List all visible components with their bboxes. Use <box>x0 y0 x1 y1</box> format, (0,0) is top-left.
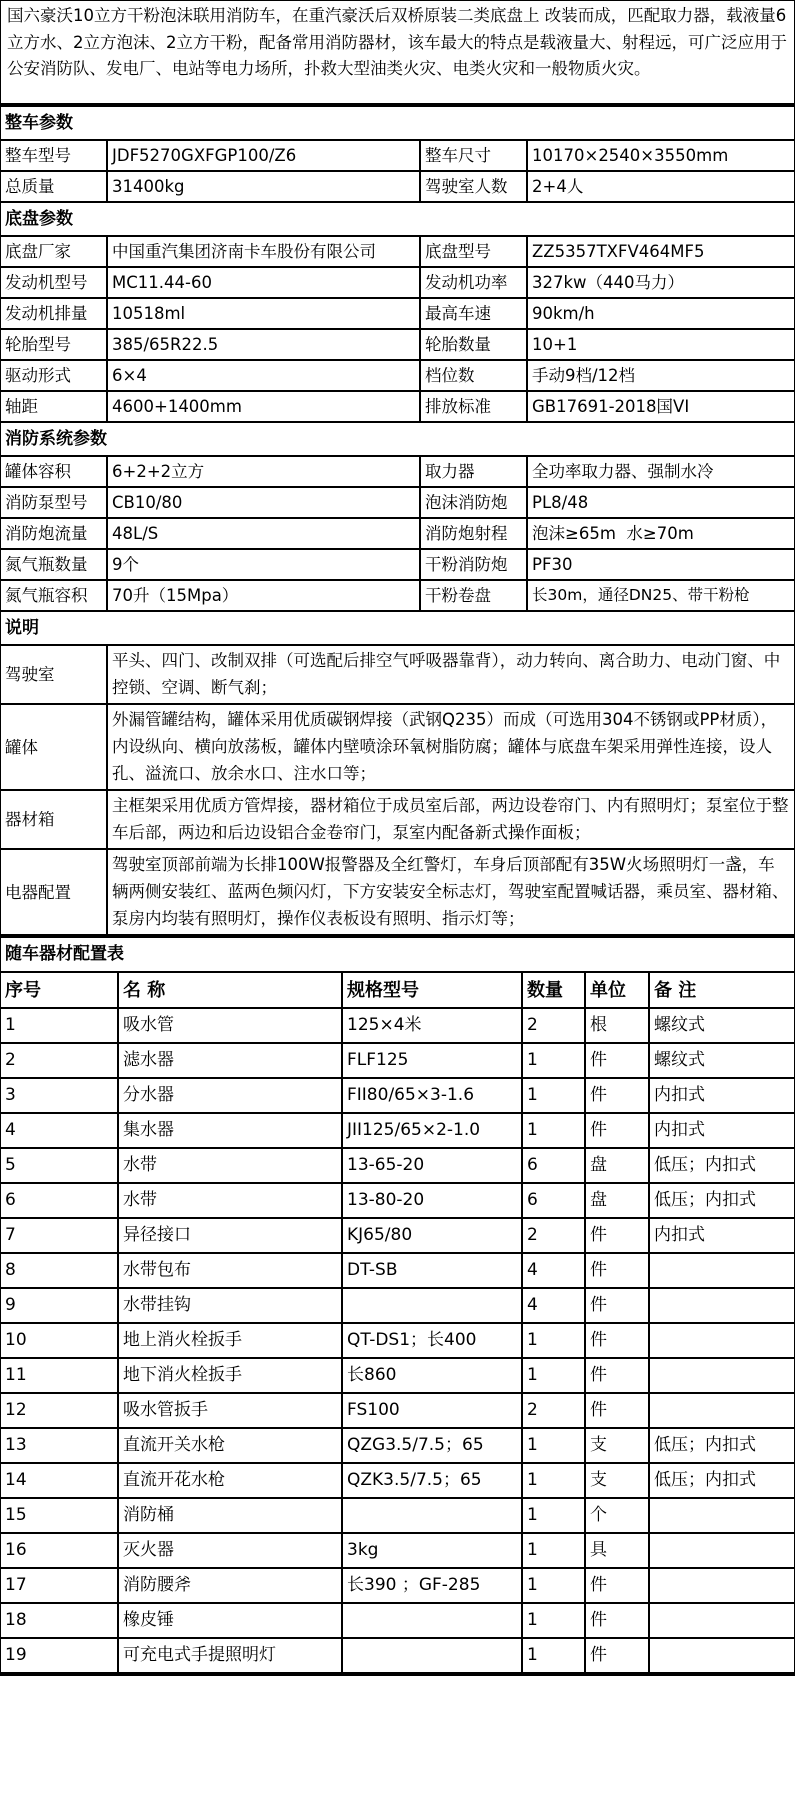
item-name: 消防腰斧 <box>118 1568 342 1603</box>
spec-value: 6×4 <box>107 360 420 391</box>
description-row: 驾驶室 平头、四门、改制双排（可选配后排空气呼吸器靠背），动力转向、离合助力、电… <box>1 645 794 704</box>
spec-key: 罐体容积 <box>1 456 107 487</box>
description-label: 驾驶室 <box>1 645 107 704</box>
table-row: 12吸水管扳手FS1002件 <box>1 1393 794 1428</box>
table-row: 5水带13-65-206盘低压；内扣式 <box>1 1148 794 1183</box>
item-no: 15 <box>1 1498 118 1533</box>
description-text: 平头、四门、改制双排（可选配后排空气呼吸器靠背），动力转向、离合助力、电动门窗、… <box>107 645 794 704</box>
item-qty: 1 <box>522 1463 585 1498</box>
item-unit: 件 <box>585 1358 649 1393</box>
table-row: 7异径接口KJ65/802件内扣式 <box>1 1218 794 1253</box>
table-row: 17消防腰斧长390 ；GF-2851件 <box>1 1568 794 1603</box>
description-row: 罐体 外漏管罐结构，罐体采用优质碳钢焊接（武钢Q235）而成（可选用304不锈钢… <box>1 704 794 790</box>
spec-key: 消防泵型号 <box>1 487 107 518</box>
item-name: 水带 <box>118 1183 342 1218</box>
item-unit: 具 <box>585 1533 649 1568</box>
item-unit: 件 <box>585 1603 649 1638</box>
item-no: 14 <box>1 1463 118 1498</box>
item-no: 16 <box>1 1533 118 1568</box>
item-spec: 长860 <box>342 1358 522 1393</box>
item-unit: 件 <box>585 1393 649 1428</box>
table-row: 3分水器FII80/65×3-1.61件内扣式 <box>1 1078 794 1113</box>
item-note: 低压；内扣式 <box>649 1183 794 1218</box>
item-name: 可充电式手提照明灯 <box>118 1638 342 1673</box>
table-row: 10地上消火栓扳手QT-DS1；长4001件 <box>1 1323 794 1358</box>
item-no: 11 <box>1 1358 118 1393</box>
spec-value: 70升（15Mpa） <box>107 580 420 611</box>
item-qty: 4 <box>522 1253 585 1288</box>
item-name: 异径接口 <box>118 1218 342 1253</box>
table-row: 2滤水器FLF1251件螺纹式 <box>1 1043 794 1078</box>
item-spec: 125×4米 <box>342 1008 522 1043</box>
spec-document: 国六豪沃10立方干粉泡沫联用消防车，在重汽豪沃后双桥原装二类底盘上 改装而成，匹… <box>0 0 795 1676</box>
item-spec: DT-SB <box>342 1253 522 1288</box>
spec-row: 整车型号 JDF5270GXFGP100/Z6 整车尺寸 10170×2540×… <box>1 140 794 171</box>
spec-value: PL8/48 <box>527 487 794 518</box>
item-spec <box>342 1498 522 1533</box>
item-note: 低压；内扣式 <box>649 1463 794 1498</box>
spec-row: 底盘厂家 中国重汽集团济南卡车股份有限公司 底盘型号 ZZ5357TXFV464… <box>1 236 794 267</box>
item-name: 滤水器 <box>118 1043 342 1078</box>
item-name: 吸水管扳手 <box>118 1393 342 1428</box>
spec-value: PF30 <box>527 549 794 580</box>
spec-value: MC11.44-60 <box>107 267 420 298</box>
spec-key: 整车尺寸 <box>420 140 527 171</box>
description-label: 罐体 <box>1 704 107 790</box>
spec-key: 轮胎数量 <box>420 329 527 360</box>
spec-key: 发动机功率 <box>420 267 527 298</box>
item-unit: 件 <box>585 1638 649 1673</box>
section-title-description: 说明 <box>1 611 794 645</box>
item-unit: 支 <box>585 1463 649 1498</box>
item-no: 9 <box>1 1288 118 1323</box>
item-spec: FII80/65×3-1.6 <box>342 1078 522 1113</box>
spec-key: 档位数 <box>420 360 527 391</box>
section-title-chassis: 底盘参数 <box>1 202 794 236</box>
spec-row: 氮气瓶容积 70升（15Mpa） 干粉卷盘 长30m，通径DN25、带干粉枪 <box>1 580 794 611</box>
item-unit: 件 <box>585 1253 649 1288</box>
item-name: 灭火器 <box>118 1533 342 1568</box>
spec-row: 轴距 4600+1400mm 排放标准 GB17691-2018国VI <box>1 391 794 422</box>
item-spec: QT-DS1；长400 <box>342 1323 522 1358</box>
spec-key: 排放标准 <box>420 391 527 422</box>
spec-key: 轮胎型号 <box>1 329 107 360</box>
item-no: 17 <box>1 1568 118 1603</box>
item-qty: 1 <box>522 1638 585 1673</box>
item-spec: KJ65/80 <box>342 1218 522 1253</box>
table-row: 6水带13-80-206盘低压；内扣式 <box>1 1183 794 1218</box>
spec-key: 氮气瓶容积 <box>1 580 107 611</box>
item-qty: 1 <box>522 1043 585 1078</box>
spec-value: 中国重汽集团济南卡车股份有限公司 <box>107 236 420 267</box>
spec-row: 发动机型号 MC11.44-60 发动机功率 327kw（440马力） <box>1 267 794 298</box>
item-name: 水带包布 <box>118 1253 342 1288</box>
item-name: 直流开花水枪 <box>118 1463 342 1498</box>
spec-value: 全功率取力器、强制水冷 <box>527 456 794 487</box>
description-row: 器材箱 主框架采用优质方管焊接，器材箱位于成员室后部，两边设卷帘门、内有照明灯；… <box>1 790 794 849</box>
spec-key: 干粉消防炮 <box>420 549 527 580</box>
item-note: 内扣式 <box>649 1218 794 1253</box>
spec-value: 90km/h <box>527 298 794 329</box>
vehicle-params-table: 整车参数 整车型号 JDF5270GXFGP100/Z6 整车尺寸 10170×… <box>1 105 794 936</box>
item-qty: 6 <box>522 1183 585 1218</box>
item-no: 6 <box>1 1183 118 1218</box>
item-note <box>649 1498 794 1533</box>
item-no: 19 <box>1 1638 118 1673</box>
item-no: 1 <box>1 1008 118 1043</box>
item-qty: 1 <box>522 1498 585 1533</box>
table-row: 9水带挂钩4件 <box>1 1288 794 1323</box>
description-label: 电器配置 <box>1 849 107 935</box>
table-row: 1吸水管125×4米2根螺纹式 <box>1 1008 794 1043</box>
item-qty: 1 <box>522 1533 585 1568</box>
item-no: 4 <box>1 1113 118 1148</box>
spec-key: 发动机排量 <box>1 298 107 329</box>
equipment-table: 随车器材配置表 序号 名 称 规格型号 数量 单位 备 注 1吸水管125×4米… <box>1 936 794 1674</box>
spec-key: 取力器 <box>420 456 527 487</box>
item-name: 水带 <box>118 1148 342 1183</box>
spec-key: 氮气瓶数量 <box>1 549 107 580</box>
spec-value: 385/65R22.5 <box>107 329 420 360</box>
item-unit: 盘 <box>585 1148 649 1183</box>
spec-key: 消防炮射程 <box>420 518 527 549</box>
spec-key: 轴距 <box>1 391 107 422</box>
spec-key: 发动机型号 <box>1 267 107 298</box>
item-qty: 4 <box>522 1288 585 1323</box>
item-no: 8 <box>1 1253 118 1288</box>
description-text: 主框架采用优质方管焊接，器材箱位于成员室后部，两边设卷帘门、内有照明灯；泵室位于… <box>107 790 794 849</box>
item-name: 分水器 <box>118 1078 342 1113</box>
item-note <box>649 1288 794 1323</box>
item-spec: 13-80-20 <box>342 1183 522 1218</box>
item-note: 内扣式 <box>649 1078 794 1113</box>
item-note: 螺纹式 <box>649 1043 794 1078</box>
spec-row: 罐体容积 6+2+2立方 取力器 全功率取力器、强制水冷 <box>1 456 794 487</box>
item-qty: 1 <box>522 1078 585 1113</box>
item-spec: FLF125 <box>342 1043 522 1078</box>
item-qty: 6 <box>522 1148 585 1183</box>
item-spec <box>342 1603 522 1638</box>
item-spec: JII125/65×2-1.0 <box>342 1113 522 1148</box>
item-qty: 1 <box>522 1428 585 1463</box>
spec-value: ZZ5357TXFV464MF5 <box>527 236 794 267</box>
item-no: 2 <box>1 1043 118 1078</box>
spec-value: 手动9档/12档 <box>527 360 794 391</box>
table-row: 18橡皮锤1件 <box>1 1603 794 1638</box>
item-unit: 件 <box>585 1043 649 1078</box>
item-unit: 件 <box>585 1113 649 1148</box>
item-no: 5 <box>1 1148 118 1183</box>
item-note <box>649 1393 794 1428</box>
item-note <box>649 1358 794 1393</box>
spec-key: 底盘厂家 <box>1 236 107 267</box>
item-spec: 13-65-20 <box>342 1148 522 1183</box>
item-no: 12 <box>1 1393 118 1428</box>
description-text: 驾驶室顶部前端为长排100W报警器及全红警灯，车身后顶部配有35W火场照明灯一盏… <box>107 849 794 935</box>
spec-row: 发动机排量 10518ml 最高车速 90km/h <box>1 298 794 329</box>
item-qty: 1 <box>522 1323 585 1358</box>
item-unit: 个 <box>585 1498 649 1533</box>
spec-value: 4600+1400mm <box>107 391 420 422</box>
column-header-spec: 规格型号 <box>342 972 522 1008</box>
item-note: 螺纹式 <box>649 1008 794 1043</box>
item-note <box>649 1568 794 1603</box>
spec-value: 9个 <box>107 549 420 580</box>
spec-value: 长30m，通径DN25、带干粉枪 <box>527 580 794 611</box>
spec-key: 驱动形式 <box>1 360 107 391</box>
spec-value: JDF5270GXFGP100/Z6 <box>107 140 420 171</box>
spec-value: 泡沫≥65m 水≥70m <box>527 518 794 549</box>
item-unit: 件 <box>585 1078 649 1113</box>
spec-row: 氮气瓶数量 9个 干粉消防炮 PF30 <box>1 549 794 580</box>
item-qty: 1 <box>522 1568 585 1603</box>
column-header-name: 名 称 <box>118 972 342 1008</box>
spec-value: 31400kg <box>107 171 420 202</box>
spec-row: 消防炮流量 48L/S 消防炮射程 泡沫≥65m 水≥70m <box>1 518 794 549</box>
equipment-header-row: 序号 名 称 规格型号 数量 单位 备 注 <box>1 972 794 1008</box>
item-unit: 件 <box>585 1323 649 1358</box>
column-header-unit: 单位 <box>585 972 649 1008</box>
spec-value: 327kw（440马力） <box>527 267 794 298</box>
spec-value: 10+1 <box>527 329 794 360</box>
spec-value: 10518ml <box>107 298 420 329</box>
description-row: 电器配置 驾驶室顶部前端为长排100W报警器及全红警灯，车身后顶部配有35W火场… <box>1 849 794 935</box>
item-qty: 1 <box>522 1603 585 1638</box>
item-no: 13 <box>1 1428 118 1463</box>
section-title-vehicle: 整车参数 <box>1 106 794 140</box>
item-name: 水带挂钩 <box>118 1288 342 1323</box>
item-note <box>649 1603 794 1638</box>
section-title-fire-system: 消防系统参数 <box>1 422 794 456</box>
item-unit: 支 <box>585 1428 649 1463</box>
item-spec: QZK3.5/7.5；65 <box>342 1463 522 1498</box>
table-row: 16灭火器3kg1具 <box>1 1533 794 1568</box>
table-row: 4集水器JII125/65×2-1.01件内扣式 <box>1 1113 794 1148</box>
table-row: 19可充电式手提照明灯1件 <box>1 1638 794 1673</box>
table-row: 13直流开关水枪QZG3.5/7.5；651支低压；内扣式 <box>1 1428 794 1463</box>
spec-row: 轮胎型号 385/65R22.5 轮胎数量 10+1 <box>1 329 794 360</box>
section-title-equipment: 随车器材配置表 <box>1 937 794 972</box>
table-row: 8水带包布DT-SB4件 <box>1 1253 794 1288</box>
table-row: 11地下消火栓扳手长8601件 <box>1 1358 794 1393</box>
spec-key: 驾驶室人数 <box>420 171 527 202</box>
table-row: 15消防桶1个 <box>1 1498 794 1533</box>
description-text: 外漏管罐结构，罐体采用优质碳钢焊接（武钢Q235）而成（可选用304不锈钢或PP… <box>107 704 794 790</box>
description-label: 器材箱 <box>1 790 107 849</box>
spec-value: 6+2+2立方 <box>107 456 420 487</box>
item-no: 18 <box>1 1603 118 1638</box>
item-note <box>649 1533 794 1568</box>
column-header-qty: 数量 <box>522 972 585 1008</box>
column-header-no: 序号 <box>1 972 118 1008</box>
spec-key: 整车型号 <box>1 140 107 171</box>
item-name: 直流开关水枪 <box>118 1428 342 1463</box>
intro-paragraph: 国六豪沃10立方干粉泡沫联用消防车，在重汽豪沃后双桥原装二类底盘上 改装而成，匹… <box>1 1 794 105</box>
spec-value: GB17691-2018国VI <box>527 391 794 422</box>
item-no: 3 <box>1 1078 118 1113</box>
item-spec: 3kg <box>342 1533 522 1568</box>
spec-value: 48L/S <box>107 518 420 549</box>
item-spec <box>342 1638 522 1673</box>
table-row: 14直流开花水枪QZK3.5/7.5；651支低压；内扣式 <box>1 1463 794 1498</box>
spec-value: 2+4人 <box>527 171 794 202</box>
spec-key: 泡沫消防炮 <box>420 487 527 518</box>
item-no: 10 <box>1 1323 118 1358</box>
spec-key: 消防炮流量 <box>1 518 107 549</box>
item-note <box>649 1323 794 1358</box>
item-spec: FS100 <box>342 1393 522 1428</box>
item-unit: 件 <box>585 1218 649 1253</box>
item-qty: 2 <box>522 1218 585 1253</box>
item-qty: 2 <box>522 1008 585 1043</box>
item-name: 地上消火栓扳手 <box>118 1323 342 1358</box>
item-note <box>649 1638 794 1673</box>
spec-row: 驱动形式 6×4 档位数 手动9档/12档 <box>1 360 794 391</box>
item-unit: 件 <box>585 1568 649 1603</box>
item-unit: 件 <box>585 1288 649 1323</box>
spec-row: 消防泵型号 CB10/80 泡沫消防炮 PL8/48 <box>1 487 794 518</box>
item-name: 橡皮锤 <box>118 1603 342 1638</box>
equipment-rows: 1吸水管125×4米2根螺纹式2滤水器FLF1251件螺纹式3分水器FII80/… <box>1 1008 794 1673</box>
item-name: 地下消火栓扳手 <box>118 1358 342 1393</box>
item-qty: 2 <box>522 1393 585 1428</box>
spec-key: 总质量 <box>1 171 107 202</box>
item-note: 低压；内扣式 <box>649 1148 794 1183</box>
spec-key: 干粉卷盘 <box>420 580 527 611</box>
item-unit: 根 <box>585 1008 649 1043</box>
item-name: 集水器 <box>118 1113 342 1148</box>
item-spec: QZG3.5/7.5；65 <box>342 1428 522 1463</box>
spec-value: CB10/80 <box>107 487 420 518</box>
item-name: 吸水管 <box>118 1008 342 1043</box>
item-note: 内扣式 <box>649 1113 794 1148</box>
column-header-note: 备 注 <box>649 972 794 1008</box>
spec-row: 总质量 31400kg 驾驶室人数 2+4人 <box>1 171 794 202</box>
spec-key: 底盘型号 <box>420 236 527 267</box>
item-name: 消防桶 <box>118 1498 342 1533</box>
spec-key: 最高车速 <box>420 298 527 329</box>
item-spec: 长390 ；GF-285 <box>342 1568 522 1603</box>
item-qty: 1 <box>522 1113 585 1148</box>
item-note <box>649 1253 794 1288</box>
item-note: 低压；内扣式 <box>649 1428 794 1463</box>
item-qty: 1 <box>522 1358 585 1393</box>
item-spec <box>342 1288 522 1323</box>
item-unit: 盘 <box>585 1183 649 1218</box>
spec-value: 10170×2540×3550mm <box>527 140 794 171</box>
item-no: 7 <box>1 1218 118 1253</box>
